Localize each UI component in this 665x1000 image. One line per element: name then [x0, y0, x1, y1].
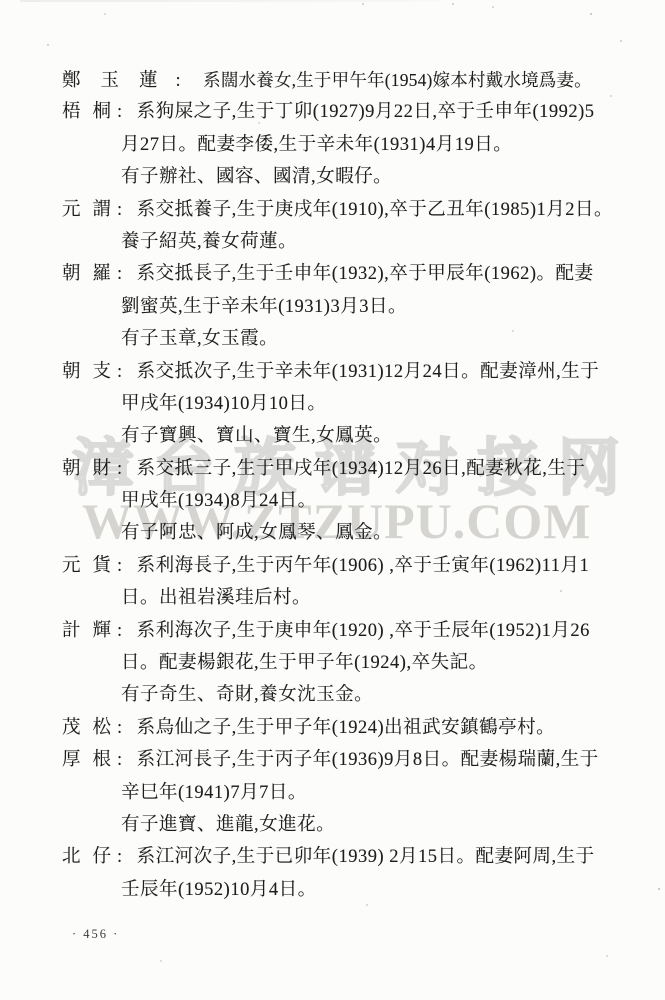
entry-first-line: 茂松:系烏仙之子,生于甲子年(1924)出祖武安鎮鶴亭村。: [62, 712, 637, 744]
entry-text: 系狗屎之子,生于丁卯(1927)9月22日,卒于壬申年(1992)5: [137, 102, 595, 122]
entry-continuation-line: 壬辰年(1952)10月4日。: [62, 874, 637, 906]
name-colon: :: [117, 264, 123, 284]
entry-text: 系交抵次子,生于辛未年(1931)12月24日。配妻漳州,生于: [137, 362, 600, 382]
entry-first-line: 元謂:系交抵養子,生于庚戌年(1910),卒于乙丑年(1985)1月2日。: [62, 194, 637, 226]
entry-text: 系江河次子,生于已卯年(1939) 2月15日。配妻阿周,生于: [137, 847, 595, 867]
scan-speck: [104, 13, 106, 15]
entry-continuation-line: 劉蜜英,生于辛未年(1931)3月3日。: [62, 291, 637, 323]
entry-continuation-line: 有子辦社、國容、國清,女暇仔。: [62, 161, 637, 193]
scan-speck: [512, 330, 514, 332]
entry-text: 系闊水養女,生于甲午年(1954)嫁本村戴水境爲妻。: [203, 70, 592, 90]
name-colon: :: [117, 102, 123, 122]
name-colon: :: [117, 362, 123, 382]
entry-text: 系利海長子,生于丙午年(1906) ,卒于壬寅年(1962)11月1: [137, 556, 590, 576]
scan-speck: [47, 44, 49, 46]
entry-first-line: 厚根:系江河長子,生于丙子年(1936)9月8日。配妻楊瑞蘭,生于: [62, 744, 637, 776]
scan-speck: [240, 690, 242, 692]
entry-continuation-line: 有子玉章,女玉霞。: [62, 323, 637, 355]
entry-first-line: 朝羅:系交抵長子,生于壬申年(1932),卒于甲辰年(1962)。配妻: [62, 258, 637, 290]
entry-first-line: 朝財:系交抵三子,生于甲戌年(1934)12月26日,配妻秋花,生于: [62, 453, 637, 485]
name-colon: :: [117, 459, 123, 479]
person-name: 朝支: [62, 362, 123, 382]
person-name: 朝財: [62, 459, 123, 479]
entry-continuation-line: 有子奇生、奇財,養女沈玉金。: [62, 679, 637, 711]
entry-continuation-line: 有子進寶、進龍,女進花。: [62, 809, 637, 841]
entry-first-line: 鄭玉蓮:系闊水養女,生于甲午年(1954)嫁本村戴水境爲妻。: [62, 64, 637, 96]
text-block: 鄭玉蓮:系闊水養女,生于甲午年(1954)嫁本村戴水境爲妻。梧桐:系狗屎之子,生…: [62, 64, 637, 906]
entry-text: 系烏仙之子,生于甲子年(1924)出祖武安鎮鶴亭村。: [137, 718, 555, 738]
entry-first-line: 元貨:系利海長子,生于丙午年(1906) ,卒于壬寅年(1962)11月1: [62, 550, 637, 582]
person-name: 北仔: [62, 847, 123, 867]
entry-first-line: 北仔:系江河次子,生于已卯年(1939) 2月15日。配妻阿周,生于: [62, 841, 637, 873]
name-colon: :: [117, 200, 123, 220]
scan-speck: [606, 955, 608, 957]
entry-continuation-line: 月27日。配妻李倭,生于辛未年(1931)4月19日。: [62, 129, 637, 161]
entry-continuation-line: 日。出祖岩溪珪后村。: [62, 582, 637, 614]
entry-first-line: 梧桐:系狗屎之子,生于丁卯(1927)9月22日,卒于壬申年(1992)5: [62, 96, 637, 128]
entry-continuation-line: 日。配妻楊銀花,生于甲子年(1924),卒失記。: [62, 647, 637, 679]
name-colon: :: [176, 71, 182, 91]
name-colon: :: [117, 750, 123, 770]
scan-speck: [560, 590, 562, 592]
person-name: 厚根: [62, 750, 123, 770]
name-colon: :: [117, 556, 123, 576]
entry-continuation-line: 甲戌年(1934)10月10日。: [62, 388, 637, 420]
person-name: 茂松: [62, 718, 123, 738]
entry-first-line: 朝支:系交抵次子,生于辛未年(1931)12月24日。配妻漳州,生于: [62, 356, 637, 388]
person-name: 鄭玉蓮: [62, 71, 178, 91]
scan-speck: [590, 13, 592, 15]
scan-speck: [610, 95, 612, 97]
person-name: 元謂: [62, 200, 123, 220]
person-name: 梧桐: [62, 102, 123, 122]
scan-speck: [366, 904, 368, 906]
scan-speck: [452, 3, 454, 5]
person-name: 元貨: [62, 556, 123, 576]
entry-continuation-line: 辛巳年(1941)7月7日。: [62, 777, 637, 809]
scan-edge-artifact: [20, 0, 440, 2]
entry-text: 系利海次子,生于庚申年(1920) ,卒于壬辰年(1952)1月26: [137, 621, 590, 641]
name-colon: :: [117, 718, 123, 738]
entry-text: 系交抵三子,生于甲戌年(1934)12月26日,配妻秋花,生于: [137, 459, 586, 479]
person-name: 朝羅: [62, 264, 123, 284]
scan-speck: [492, 6, 494, 8]
scan-speck: [258, 122, 260, 124]
entry-text: 系交抵長子,生于壬申年(1932),卒于甲辰年(1962)。配妻: [137, 264, 594, 284]
name-colon: :: [117, 847, 123, 867]
scan-speck: [160, 960, 162, 962]
entry-text: 系江河長子,生于丙子年(1936)9月8日。配妻楊瑞蘭,生于: [137, 750, 599, 770]
scan-speck: [620, 40, 622, 42]
entry-first-line: 計輝:系利海次子,生于庚申年(1920) ,卒于壬辰年(1952)1月26: [62, 615, 637, 647]
person-name: 計輝: [62, 621, 123, 641]
scanned-genealogy-page: 漳台族谱对接网 WWW.ZTZUPU.COM 鄭玉蓮:系闊水養女,生于甲午年(1…: [0, 0, 665, 1000]
entry-text: 系交抵養子,生于庚戌年(1910),卒于乙丑年(1985)1月2日。: [137, 200, 613, 220]
name-colon: :: [117, 621, 123, 641]
page-number: · 456 ·: [72, 927, 119, 942]
entry-continuation-line: 甲戌年(1934)8月24日。: [62, 485, 637, 517]
entry-continuation-line: 養子紹英,養女荷蓮。: [62, 226, 637, 258]
scan-speck: [658, 888, 660, 890]
scan-speck: [362, 3, 364, 5]
entry-continuation-line: 有子寶興、寶山、寶生,女鳳英。: [62, 420, 637, 452]
entry-continuation-line: 有子阿忠、阿成,女鳳琴、鳳金。: [62, 517, 637, 549]
